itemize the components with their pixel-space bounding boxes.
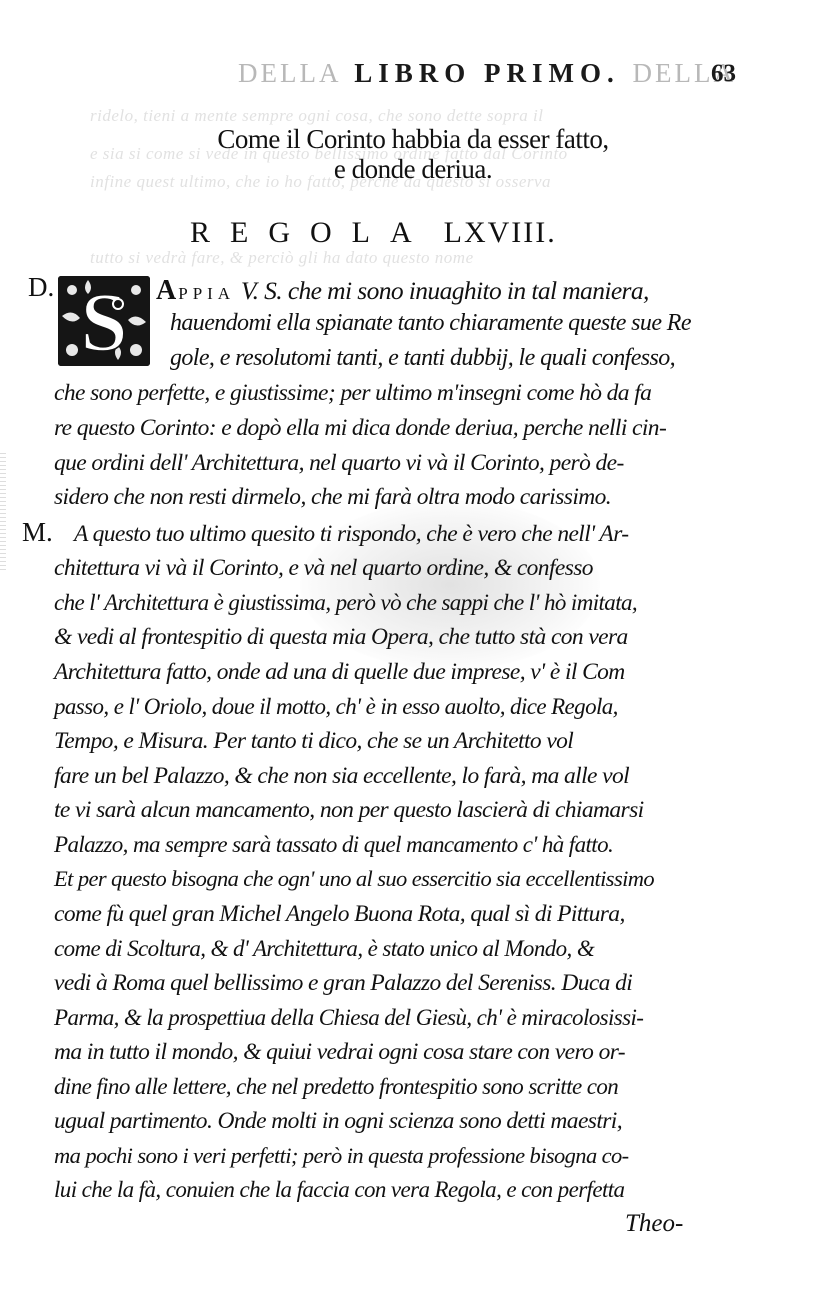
book-page: ridelo, tieni a mente sempre ogni cosa, … [0, 0, 826, 1303]
opening-smallcaps: PPIA [178, 284, 235, 303]
text-line: vedi à Roma quel bellissimo e gran Palaz… [54, 968, 734, 998]
text-line: Palazzo, ma sempre sarà tassato di quel … [54, 830, 734, 860]
text-line: chitettura vi và il Corinto, e và nel qu… [54, 553, 734, 583]
text-line: te vi sarà alcun mancamento, non per que… [54, 795, 734, 825]
text-line: fare un bel Palazzo, & che non sia eccel… [54, 761, 734, 791]
text-line: A questo tuo ultimo quesito ti rispondo,… [74, 519, 754, 549]
text-line: Parma, & la prospettiua della Chiesa del… [54, 1003, 734, 1033]
text-line: Et per questo bisogna che ogn' uno al su… [54, 864, 734, 894]
text-line: APPIA V. S. che mi sono inuaghito in tal… [156, 276, 826, 309]
page-number: 63 [711, 60, 736, 88]
paper-edge-noise [0, 450, 6, 570]
text-line: Architettura fatto, onde ad una di quell… [54, 657, 734, 687]
decorated-initial-s-icon: S [58, 276, 150, 366]
running-title: DELLA LIBRO PRIMO. DELLA [238, 58, 736, 89]
line-text: V. S. che mi sono inuaghito in tal manie… [241, 276, 649, 305]
text-line: ma pochi sono i veri perfetti; però in q… [54, 1141, 734, 1171]
chapter-title: Come il Corinto habbia da esser fatto, e… [0, 124, 826, 184]
rule-heading: REGOLALXVIII. [190, 216, 557, 250]
text-line: come di Scoltura, & d' Architettura, è s… [54, 934, 734, 964]
ghost-running-left: DELLA [238, 58, 341, 88]
text-line: che l' Architettura è giustissima, però … [54, 588, 734, 618]
running-title-text: LIBRO PRIMO. [354, 58, 620, 88]
bleed-through-text: tutto si vedrà fare, & perciò gli ha dat… [90, 248, 730, 268]
text-line: & vedi al frontespitio di questa mia Ope… [54, 622, 734, 652]
text-line: Tempo, e Misura. Per tanto ti dico, che … [54, 726, 734, 756]
text-line: que ordini dell' Architettura, nel quart… [54, 448, 734, 478]
svg-text:S: S [81, 276, 128, 366]
bleed-through-text: ridelo, tieni a mente sempre ogni cosa, … [90, 106, 730, 126]
text-line: passo, e l' Oriolo, doue il motto, ch' è… [54, 692, 734, 722]
speaker-label-m: M. [22, 517, 53, 548]
chapter-title-line-2: e donde deriua. [0, 154, 826, 184]
text-line: hauendomi ella spianate tanto chiarament… [170, 308, 826, 338]
rule-number: LXVIII. [444, 216, 557, 249]
text-line: lui che la fà, conuien che la faccia con… [54, 1175, 734, 1205]
text-line: gole, e resolutomi tanti, e tanti dubbij… [170, 343, 826, 373]
text-line: dine fino alle lettere, che nel predetto… [54, 1072, 734, 1102]
text-line: sidero che non resti dirmelo, che mi far… [54, 482, 734, 512]
opening-capital-a: A [156, 275, 178, 306]
speaker-label-d: D. [28, 272, 54, 303]
text-line: ma in tutto il mondo, & quiui vedrai ogn… [54, 1037, 734, 1067]
rule-label: REGOLA [190, 216, 432, 249]
text-line: come fù quel gran Michel Angelo Buona Ro… [54, 899, 734, 929]
chapter-title-line-1: Come il Corinto habbia da esser fatto, [217, 124, 608, 154]
catchword: Theo- [625, 1210, 683, 1238]
text-line: ugual partimento. Onde molti in ogni sci… [54, 1106, 734, 1136]
text-line: re questo Corinto: e dopò ella mi dica d… [54, 413, 734, 443]
text-line: che sono perfette, e giustissime; per ul… [54, 378, 734, 408]
